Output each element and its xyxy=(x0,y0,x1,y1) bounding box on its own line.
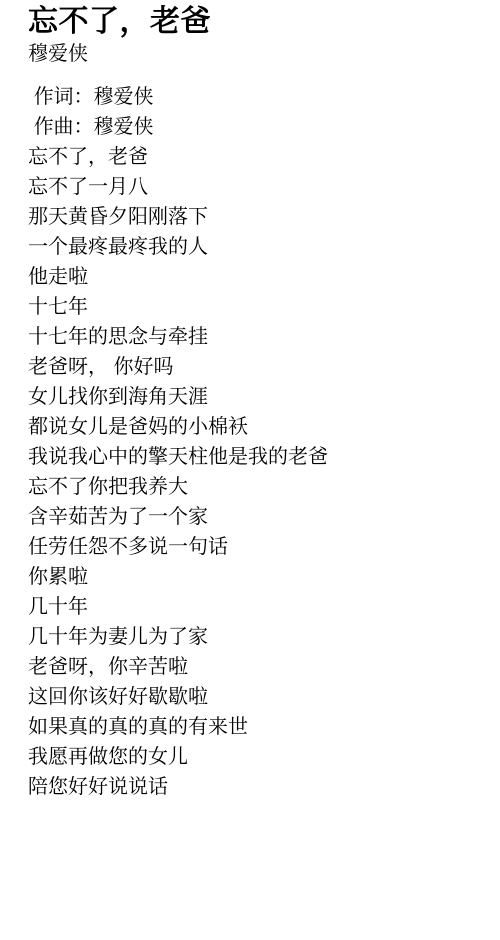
lyric-line: 一个最疼最疼我的人 xyxy=(28,232,480,262)
lyric-line: 都说女儿是爸妈的小棉袄 xyxy=(28,412,480,442)
lyric-line: 我愿再做您的女儿 xyxy=(28,742,480,772)
lyric-line: 陪您好好说说话 xyxy=(28,772,480,802)
lyric-line: 作词：穆爱侠 xyxy=(28,82,480,112)
lyric-line: 忘不了一月八 xyxy=(28,172,480,202)
lyric-line: 忘不了你把我养大 xyxy=(28,472,480,502)
lyric-line: 这回你该好好歇歇啦 xyxy=(28,682,480,712)
lyric-line: 十七年 xyxy=(28,292,480,322)
lyric-line: 几十年为妻儿为了家 xyxy=(28,622,480,652)
lyric-line: 我说我心中的擎天柱他是我的老爸 xyxy=(28,442,480,472)
lyric-line: 十七年的思念与牵挂 xyxy=(28,322,480,352)
lyric-line: 含辛茹苦为了一个家 xyxy=(28,502,480,532)
lyric-line: 几十年 xyxy=(28,592,480,622)
lyric-line: 任劳任怨不多说一句话 xyxy=(28,532,480,562)
lyric-line: 老爸呀，你辛苦啦 xyxy=(28,652,480,682)
lyric-line: 你累啦 xyxy=(28,562,480,592)
lyric-line: 忘不了，老爸 xyxy=(28,142,480,172)
lyric-line: 作曲：穆爱侠 xyxy=(28,112,480,142)
lyric-line: 那天黄昏夕阳刚落下 xyxy=(28,202,480,232)
lyrics-page: 忘不了，老爸 穆爱侠 作词：穆爱侠 作曲：穆爱侠忘不了，老爸忘不了一月八那天黄昏… xyxy=(0,0,500,802)
artist-name: 穆爱侠 xyxy=(28,42,480,66)
lyric-line: 老爸呀， 你好吗 xyxy=(28,352,480,382)
lyrics: 作词：穆爱侠 作曲：穆爱侠忘不了，老爸忘不了一月八那天黄昏夕阳刚落下一个最疼最疼… xyxy=(28,82,480,802)
lyric-line: 如果真的真的真的有来世 xyxy=(28,712,480,742)
lyric-line: 他走啦 xyxy=(28,262,480,292)
lyric-line: 女儿找你到海角天涯 xyxy=(28,382,480,412)
song-title: 忘不了，老爸 xyxy=(28,4,480,40)
